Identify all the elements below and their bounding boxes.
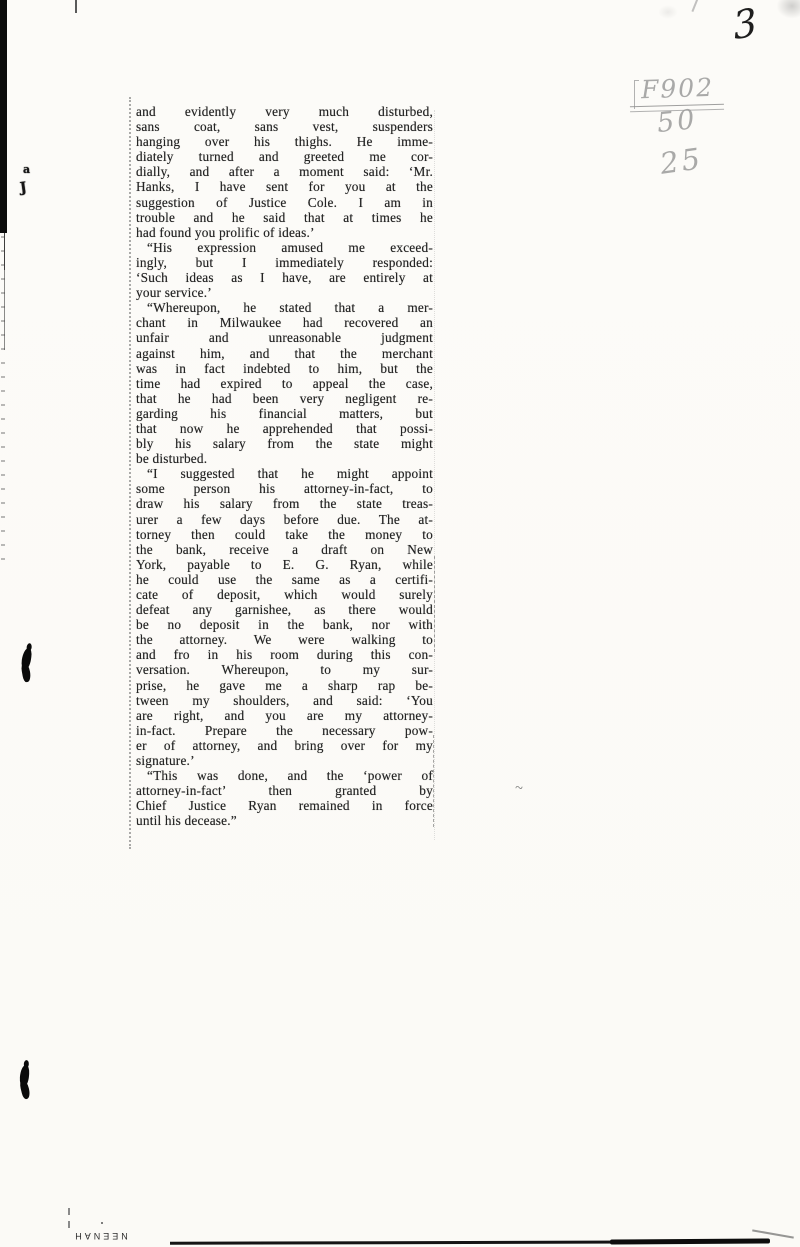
handwritten-number-50: 50 (655, 104, 698, 139)
article-line: ‘Such ideas as I have, are entirely at (136, 270, 433, 285)
scan-bottom-edge-shadow (610, 1238, 770, 1244)
article-line: he could use the same as a certifi- (136, 572, 433, 587)
article-line: be no deposit in the bank, nor with (136, 617, 433, 632)
handwritten-number-25: 25 (658, 141, 705, 181)
article-line: the attorney. We were walking to (136, 632, 433, 647)
article-line: “His expression amused me exceed- (136, 240, 433, 255)
scanned-newspaper-clipping-page: 3 F902 50 25 a J ~ and evidently very mu… (0, 0, 800, 1247)
article-line: was in fact indebted to him, but the (136, 361, 433, 376)
article-line: Chief Justice Ryan remained in force (136, 798, 433, 813)
article-line: your service.’ (136, 285, 433, 300)
article-line: hanging over his thighs. He imme- (136, 134, 433, 149)
column-rule-left (129, 97, 131, 849)
column-rule-right (434, 110, 435, 840)
article-line: until his decease.” (136, 813, 433, 828)
scan-edge-artifact (0, 0, 7, 233)
article-line: against him, and that the merchant (136, 346, 433, 361)
article-line: time had expired to appeal the case, (136, 376, 433, 391)
pencil-bracket (634, 80, 639, 109)
article-line: are right, and you are my attorney- (136, 708, 433, 723)
article-line: defeat any garnishee, as there would (136, 602, 433, 617)
article-line: and evidently very much disturbed, (136, 104, 433, 119)
ink-blot (21, 647, 33, 670)
stray-pen-stroke (691, 0, 698, 12)
article-line: torney then could take the money to (136, 527, 433, 542)
article-line: attorney-in-fact’ then granted by (136, 783, 433, 798)
article-line: sans coat, sans vest, suspenders (136, 119, 433, 134)
article-line: suggestion of Justice Cole. I am in (136, 195, 433, 210)
article-line: trouble and he said that at times he (136, 210, 433, 225)
article-line: York, payable to E. G. Ryan, while (136, 557, 433, 572)
article-line: urer a few days before due. The at- (136, 512, 433, 527)
article-line: unfair and unreasonable judgment (136, 330, 433, 345)
scan-speck (101, 1222, 103, 1224)
article-line: “This was done, and the ‘power of (136, 768, 433, 783)
article-line: prise, he gave me a sharp rap be- (136, 678, 433, 693)
ink-blot (19, 1065, 30, 1088)
article-line: ingly, but I immediately responded: (136, 255, 433, 270)
margin-ink-mark: a (23, 163, 30, 176)
article-line: had found you prolific of ideas.’ (136, 225, 433, 240)
article-line: signature.’ (136, 753, 433, 768)
neenah-stamp: NEENAH (72, 1231, 128, 1241)
article-line: versation. Whereupon, to my sur- (136, 662, 433, 677)
handwritten-page-number: 3 (731, 0, 759, 49)
article-line: be disturbed. (136, 451, 433, 466)
article-line: draw his salary from the state treas- (136, 496, 433, 511)
column-rule-right-segment (434, 556, 435, 652)
article-line: Hanks, I have sent for you at the (136, 179, 433, 194)
article-line: in-fact. Prepare the necessary pow- (136, 723, 433, 738)
column-rule-right-segment (433, 735, 434, 827)
article-line: the bank, receive a draft on New (136, 542, 433, 557)
article-line: chant in Milwaukee had recovered an (136, 315, 433, 330)
article-line: er of attorney, and bring over for my (136, 738, 433, 753)
article-line: cate of deposit, which would surely (136, 587, 433, 602)
article-line: bly his salary from the state might (136, 436, 433, 451)
page-corner-curl (752, 1229, 794, 1238)
article-line: diately turned and greeted me cor- (136, 149, 433, 164)
article-line: dially, and after a moment said: ‘Mr. (136, 164, 433, 179)
scan-speck (68, 1221, 70, 1228)
article-line: that he had been very negligent re- (136, 391, 433, 406)
stray-mark: ~ (514, 781, 524, 798)
scan-speck (68, 1208, 70, 1215)
margin-ink-mark: J (19, 180, 28, 197)
article-line: “Whereupon, he stated that a mer- (136, 300, 433, 315)
article-line: some person his attorney-in-fact, to (136, 481, 433, 496)
newspaper-article-column: and evidently very much disturbed,sans c… (136, 104, 433, 829)
article-line: that now he apprehended that possi- (136, 421, 433, 436)
article-line: and fro in his room during this con- (136, 647, 433, 662)
fold-mark (75, 0, 77, 13)
article-line: garding his financial matters, but (136, 406, 433, 421)
article-line: tween my shoulders, and said: ‘You (136, 693, 433, 708)
scan-edge-speckle (1, 236, 5, 566)
article-line: “I suggested that he might appoint (136, 466, 433, 481)
handwritten-call-number: F902 (641, 73, 715, 105)
